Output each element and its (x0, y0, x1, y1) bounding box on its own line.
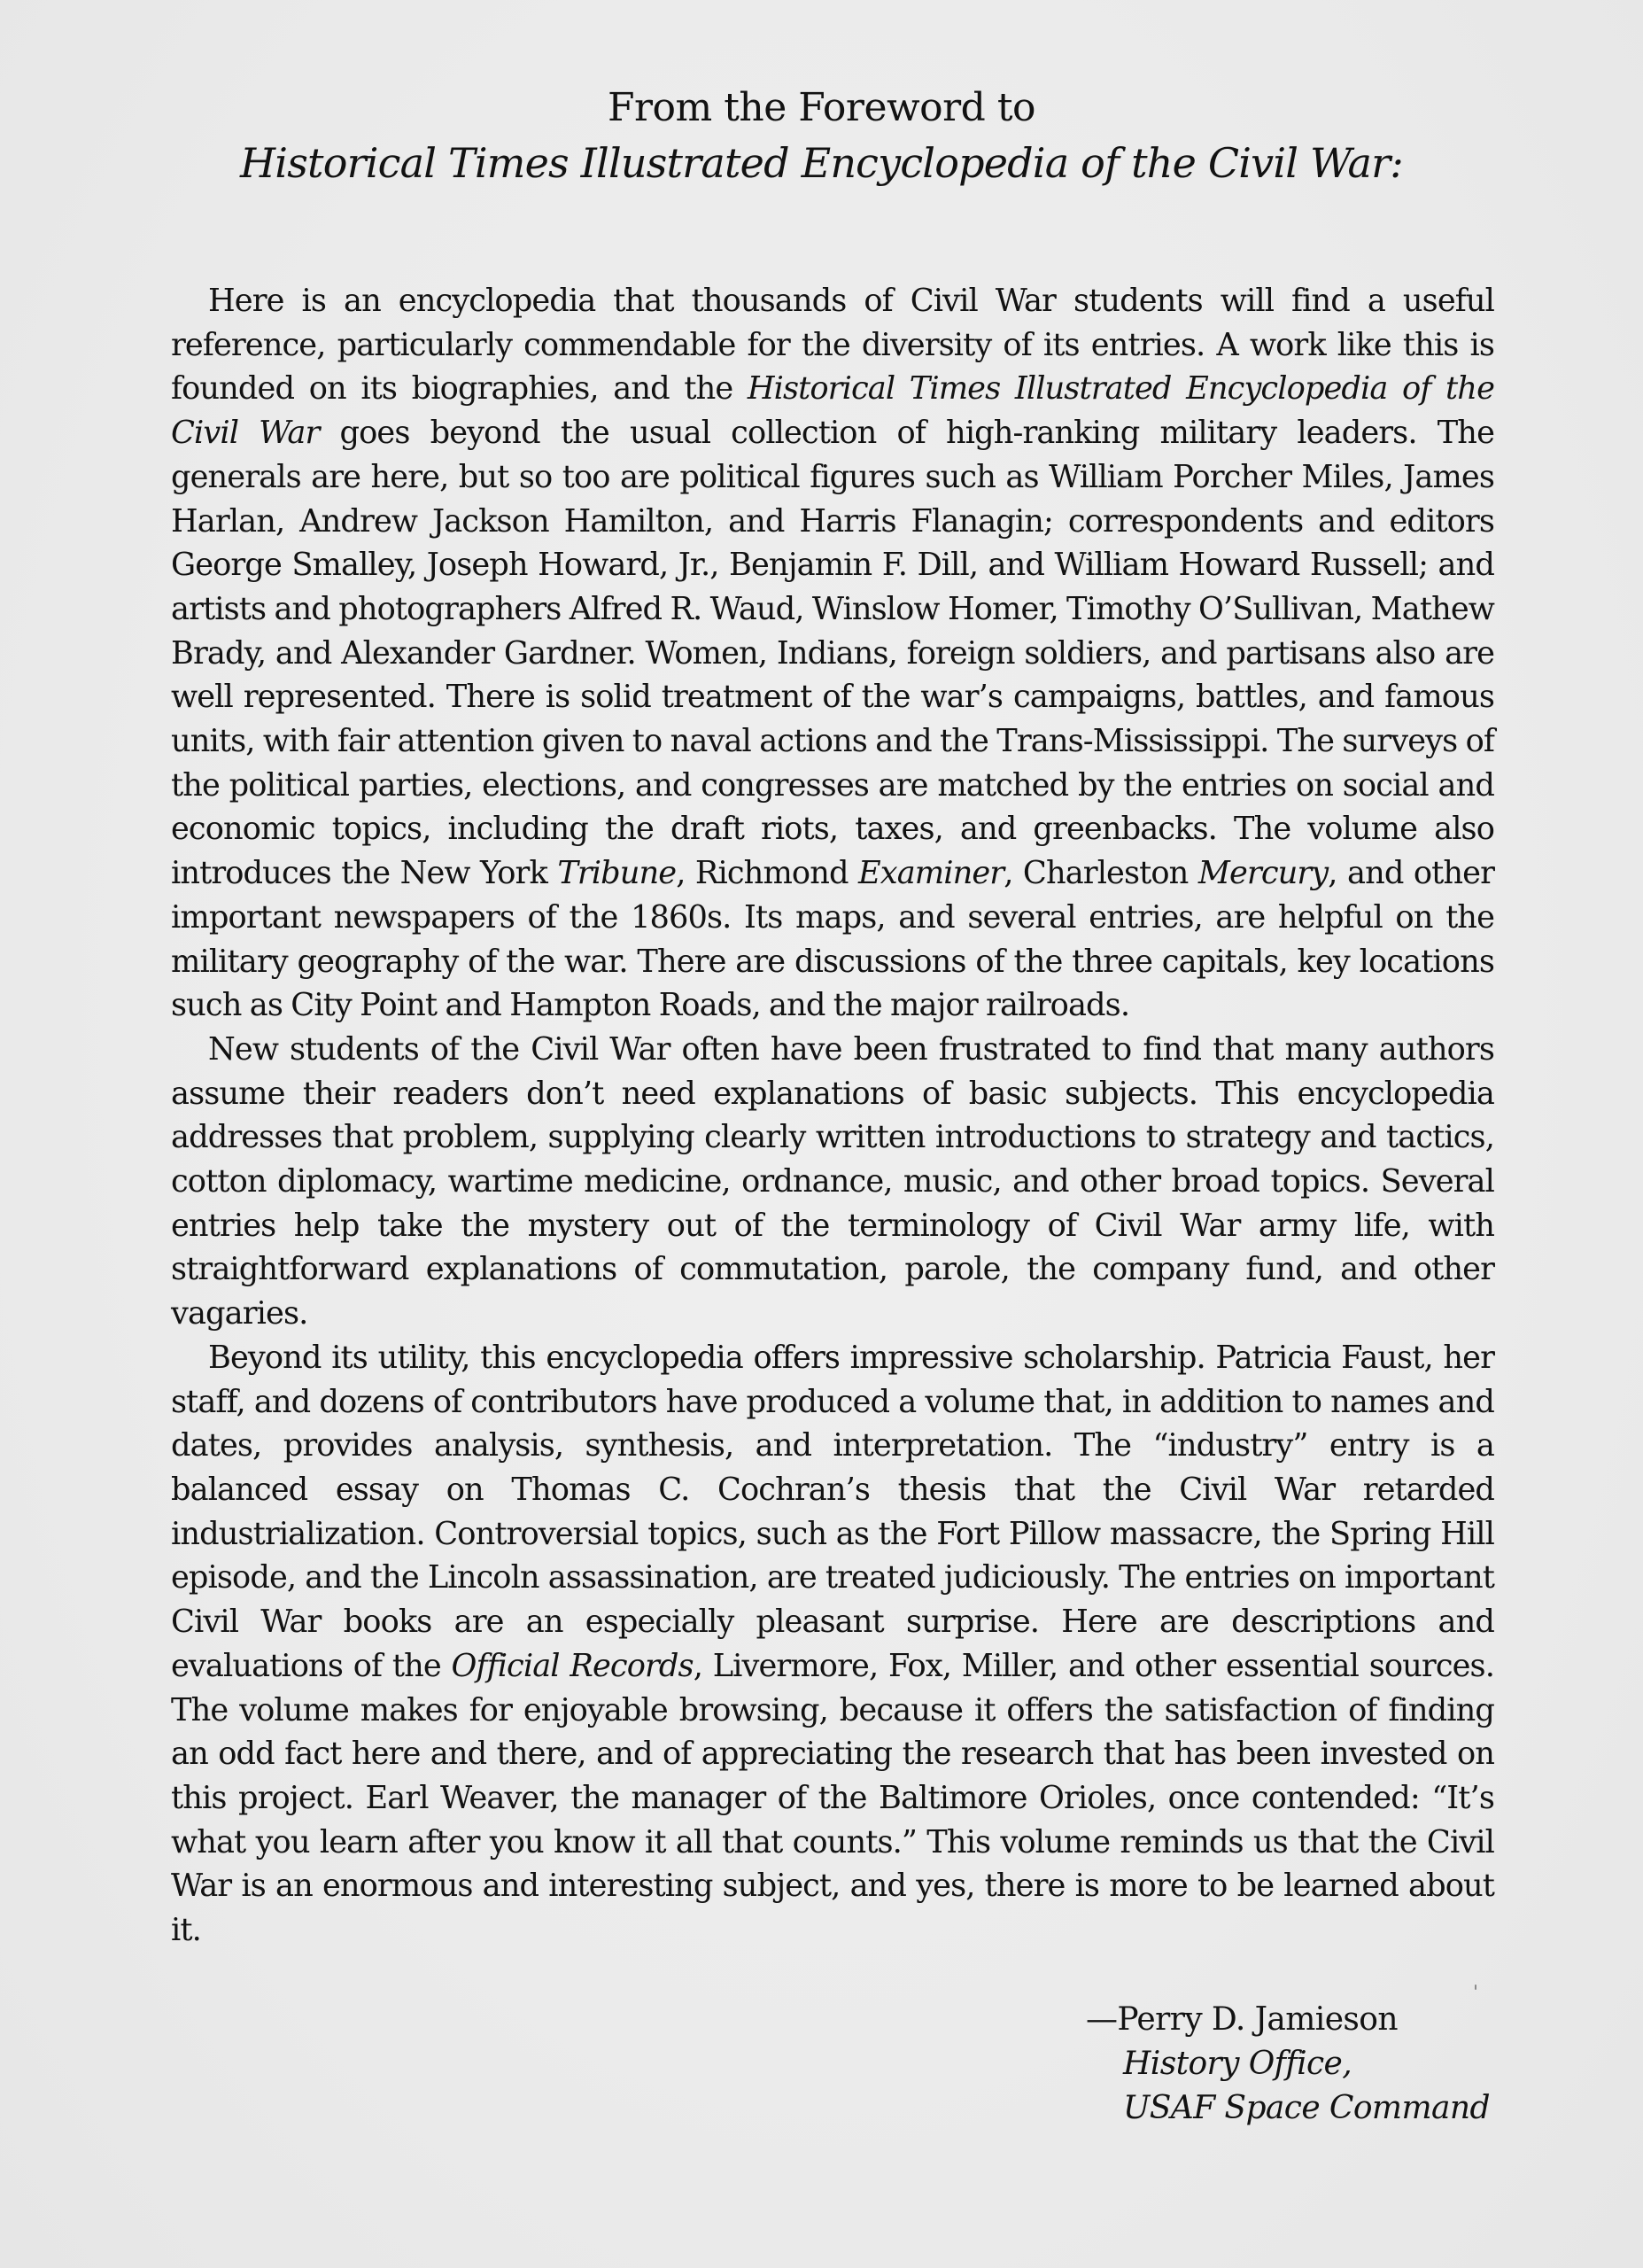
text-segment: , Charleston (1004, 855, 1198, 891)
paragraph-3: Beyond its utility, this encyclopedia of… (171, 1336, 1494, 1953)
text-segment: , Livermore, Fox, Miller, and other esse… (171, 1648, 1494, 1948)
heading-line-2-book-title: Historical Times Illustrated Encyclopedi… (0, 135, 1643, 191)
page: From the Foreword to Historical Times Il… (0, 0, 1643, 2268)
text-segment: Beyond its utility, this encyclopedia of… (171, 1340, 1494, 1684)
italic-newspaper-mercury: Mercury (1198, 855, 1328, 891)
foreword-heading: From the Foreword to Historical Times Il… (0, 82, 1643, 191)
signature-block: —Perry D. Jamieson History Office, USAF … (1086, 1998, 1490, 2131)
italic-official-records: Official Records (452, 1648, 694, 1684)
author-command: USAF Space Command (1123, 2086, 1490, 2131)
text-segment: New students of the Civil War often have… (171, 1031, 1494, 1332)
heading-line-1: From the Foreword to (0, 82, 1643, 135)
text-segment: goes beyond the usual collection of high… (171, 415, 1494, 891)
italic-newspaper-examiner: Examiner (858, 855, 1004, 891)
text-segment: , Rich­mond (676, 855, 858, 891)
foreword-body: Here is an encyclopedia that thousands o… (171, 279, 1494, 1953)
author-name: —Perry D. Jamieson (1086, 1998, 1490, 2042)
author-office: History Office, (1123, 2042, 1490, 2086)
paragraph-1: Here is an encyclopedia that thousands o… (171, 279, 1494, 1028)
paragraph-2: New students of the Civil War often have… (171, 1028, 1494, 1336)
paper-speck (1475, 1984, 1476, 1990)
italic-newspaper-tribune: Tribune (557, 855, 676, 891)
